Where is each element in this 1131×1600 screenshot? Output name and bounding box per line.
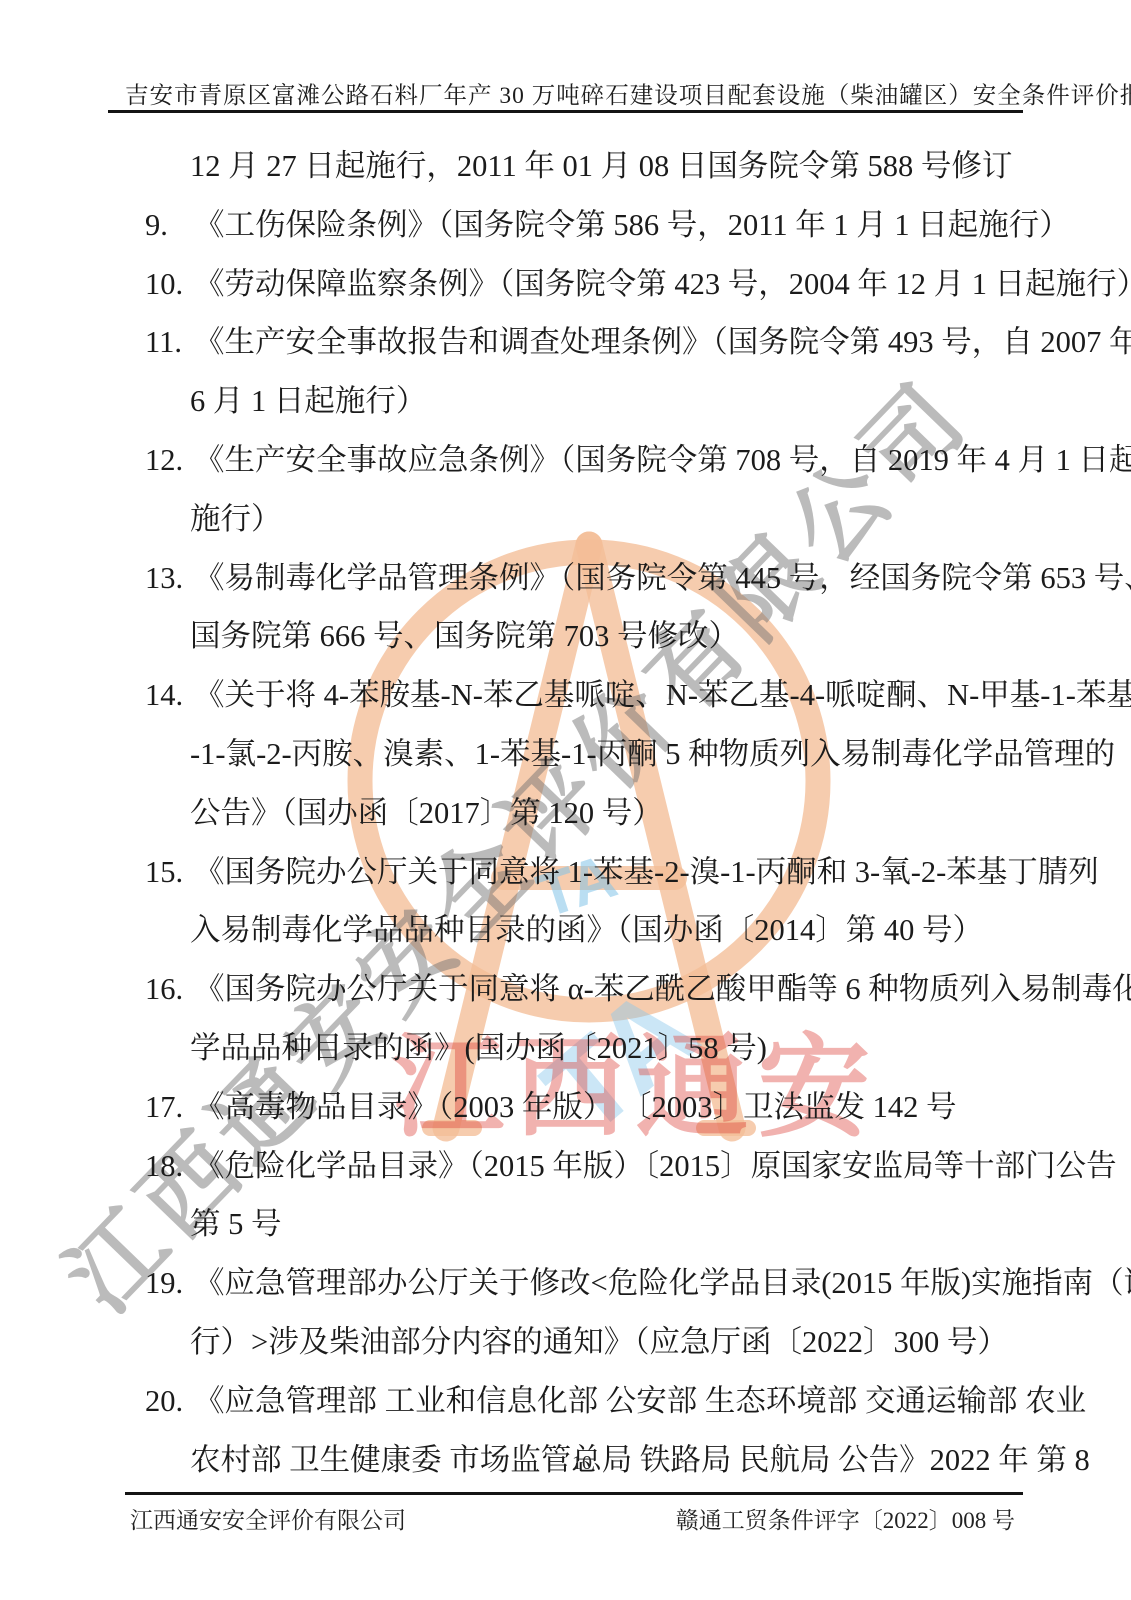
list-item-number: 20. xyxy=(145,1384,183,1418)
list-line: 15.《国务院办公厅关于同意将 1-苯基-2-溴-1-丙酮和 3-氧-2-苯基丁… xyxy=(0,855,1131,895)
list-line: 18.《危险化学品目录》（2015 年版）〔2015〕原国家安监局等十部门公告 xyxy=(0,1149,1131,1189)
list-line-continuation: 农村部 卫生健康委 市场监管总局 铁路局 民航局 公告》2022 年 第 8 xyxy=(0,1443,1131,1483)
list-item-text: 施行） xyxy=(190,502,282,536)
list-line-continuation: 12 月 27 日起施行，2011 年 01 月 08 日国务院令第 588 号… xyxy=(0,149,1131,189)
list-line: 9.《工伤保险条例》（国务院令第 586 号，2011 年 1 月 1 日起施行… xyxy=(0,208,1131,248)
list-line: 16.《国务院办公厅关于同意将 α-苯乙酰乙酸甲酯等 6 种物质列入易制毒化 xyxy=(0,972,1131,1012)
list-line-continuation: -1-氯-2-丙胺、溴素、1-苯基-1-丙酮 5 种物质列入易制毒化学品管理的 xyxy=(0,737,1131,777)
list-item-text: 《国务院办公厅关于同意将 α-苯乙酰乙酸甲酯等 6 种物质列入易制毒化 xyxy=(194,972,1131,1006)
list-line-continuation: 入易制毒化学品品种目录的函》（国办函〔2014〕第 40 号） xyxy=(0,913,1131,953)
list-item-text: 《易制毒化学品管理条例》（国务院令第 445 号，经国务院令第 653 号、 xyxy=(194,561,1131,595)
list-item-text: 《国务院办公厅关于同意将 1-苯基-2-溴-1-丙酮和 3-氧-2-苯基丁腈列 xyxy=(194,855,1099,889)
list-line-continuation: 公告》（国办函〔2017〕第 120 号） xyxy=(0,796,1131,836)
header-rule xyxy=(108,110,1023,113)
list-line-continuation: 施行） xyxy=(0,502,1131,542)
list-item-text: 《关于将 4-苯胺基-N-苯乙基哌啶、N-苯乙基-4-哌啶酮、N-甲基-1-苯基 xyxy=(194,678,1131,712)
list-item-text: 《生产安全事故应急条例》（国务院令第 708 号，自 2019 年 4 月 1 … xyxy=(194,443,1131,477)
list-item-number: 15. xyxy=(145,855,183,889)
list-line-continuation: 行）>涉及柴油部分内容的通知》（应急厅函〔2022〕300 号） xyxy=(0,1325,1131,1365)
list-line-continuation: 6 月 1 日起施行） xyxy=(0,384,1131,424)
list-item-text: 6 月 1 日起施行） xyxy=(190,384,426,418)
page-number: 10 xyxy=(572,1452,592,1475)
list-item-text: 《劳动保障监察条例》（国务院令第 423 号，2004 年 12 月 1 日起施… xyxy=(194,267,1131,301)
report-page: TA TA 江西通安安全评价有限公司 江西通安 吉安市青原区富滩公路石料厂年产 … xyxy=(0,0,1131,1600)
list-item-number: 13. xyxy=(145,561,183,595)
page-header-title: 吉安市青原区富滩公路石料厂年产 30 万吨碎石建设项目配套设施（柴油罐区）安全条… xyxy=(125,76,1023,110)
list-item-text: 12 月 27 日起施行，2011 年 01 月 08 日国务院令第 588 号… xyxy=(190,149,1012,183)
list-item-text: 《应急管理部办公厅关于修改<危险化学品目录(2015 年版)实施指南（试 xyxy=(194,1266,1131,1300)
list-line: 20.《应急管理部 工业和信息化部 公安部 生态环境部 交通运输部 农业 xyxy=(0,1384,1131,1424)
list-item-text: 行）>涉及柴油部分内容的通知》（应急厅函〔2022〕300 号） xyxy=(190,1325,1008,1359)
list-line: 17.《高毒物品目录》（2003 年版） 〔2003〕卫法监发 142 号 xyxy=(0,1090,1131,1130)
list-item-number: 18. xyxy=(145,1149,183,1183)
footer-company-name: 江西通安安全评价有限公司 xyxy=(130,1502,406,1535)
list-item-text: 公告》（国办函〔2017〕第 120 号） xyxy=(190,796,663,830)
list-line-continuation: 第 5 号 xyxy=(0,1207,1131,1247)
list-item-number: 11. xyxy=(145,325,182,359)
list-line: 14.《关于将 4-苯胺基-N-苯乙基哌啶、N-苯乙基-4-哌啶酮、N-甲基-1… xyxy=(0,678,1131,718)
footer-rule xyxy=(125,1492,1023,1495)
list-item-number: 9. xyxy=(145,208,168,242)
list-item-text: 农村部 卫生健康委 市场监管总局 铁路局 民航局 公告》2022 年 第 8 xyxy=(190,1443,1090,1477)
list-item-number: 16. xyxy=(145,972,183,1006)
list-item-text: 国务院第 666 号、国务院第 703 号修改） xyxy=(190,619,739,653)
list-item-text: 第 5 号 xyxy=(190,1207,282,1241)
list-item-number: 12. xyxy=(145,443,183,477)
list-item-text: 《应急管理部 工业和信息化部 公安部 生态环境部 交通运输部 农业 xyxy=(194,1384,1086,1418)
footer-doc-number: 赣通工贸条件评字〔2022〕008 号 xyxy=(676,1502,1015,1535)
list-item-text: 《高毒物品目录》（2003 年版） 〔2003〕卫法监发 142 号 xyxy=(194,1090,957,1124)
list-line-continuation: 国务院第 666 号、国务院第 703 号修改） xyxy=(0,619,1131,659)
list-line: 10.《劳动保障监察条例》（国务院令第 423 号，2004 年 12 月 1 … xyxy=(0,267,1131,307)
list-line: 13.《易制毒化学品管理条例》（国务院令第 445 号，经国务院令第 653 号… xyxy=(0,561,1131,601)
list-item-text: 学品品种目录的函》(国办函〔2021〕58 号) xyxy=(190,1031,767,1065)
text-layer: 吉安市青原区富滩公路石料厂年产 30 万吨碎石建设项目配套设施（柴油罐区）安全条… xyxy=(0,0,1131,1600)
list-item-number: 10. xyxy=(145,267,183,301)
list-line: 19.《应急管理部办公厅关于修改<危险化学品目录(2015 年版)实施指南（试 xyxy=(0,1266,1131,1306)
list-item-text: 入易制毒化学品品种目录的函》（国办函〔2014〕第 40 号） xyxy=(190,913,983,947)
list-line-continuation: 学品品种目录的函》(国办函〔2021〕58 号) xyxy=(0,1031,1131,1071)
list-line: 11.《生产安全事故报告和调查处理条例》（国务院令第 493 号，自 2007 … xyxy=(0,325,1131,365)
list-item-number: 17. xyxy=(145,1090,183,1124)
list-item-text: 《生产安全事故报告和调查处理条例》（国务院令第 493 号，自 2007 年 xyxy=(194,325,1131,359)
list-line: 12.《生产安全事故应急条例》（国务院令第 708 号，自 2019 年 4 月… xyxy=(0,443,1131,483)
list-item-number: 19. xyxy=(145,1266,183,1300)
list-item-number: 14. xyxy=(145,678,183,712)
list-item-text: -1-氯-2-丙胺、溴素、1-苯基-1-丙酮 5 种物质列入易制毒化学品管理的 xyxy=(190,737,1115,771)
list-item-text: 《危险化学品目录》（2015 年版）〔2015〕原国家安监局等十部门公告 xyxy=(194,1149,1117,1183)
list-item-text: 《工伤保险条例》（国务院令第 586 号，2011 年 1 月 1 日起施行） xyxy=(194,208,1070,242)
